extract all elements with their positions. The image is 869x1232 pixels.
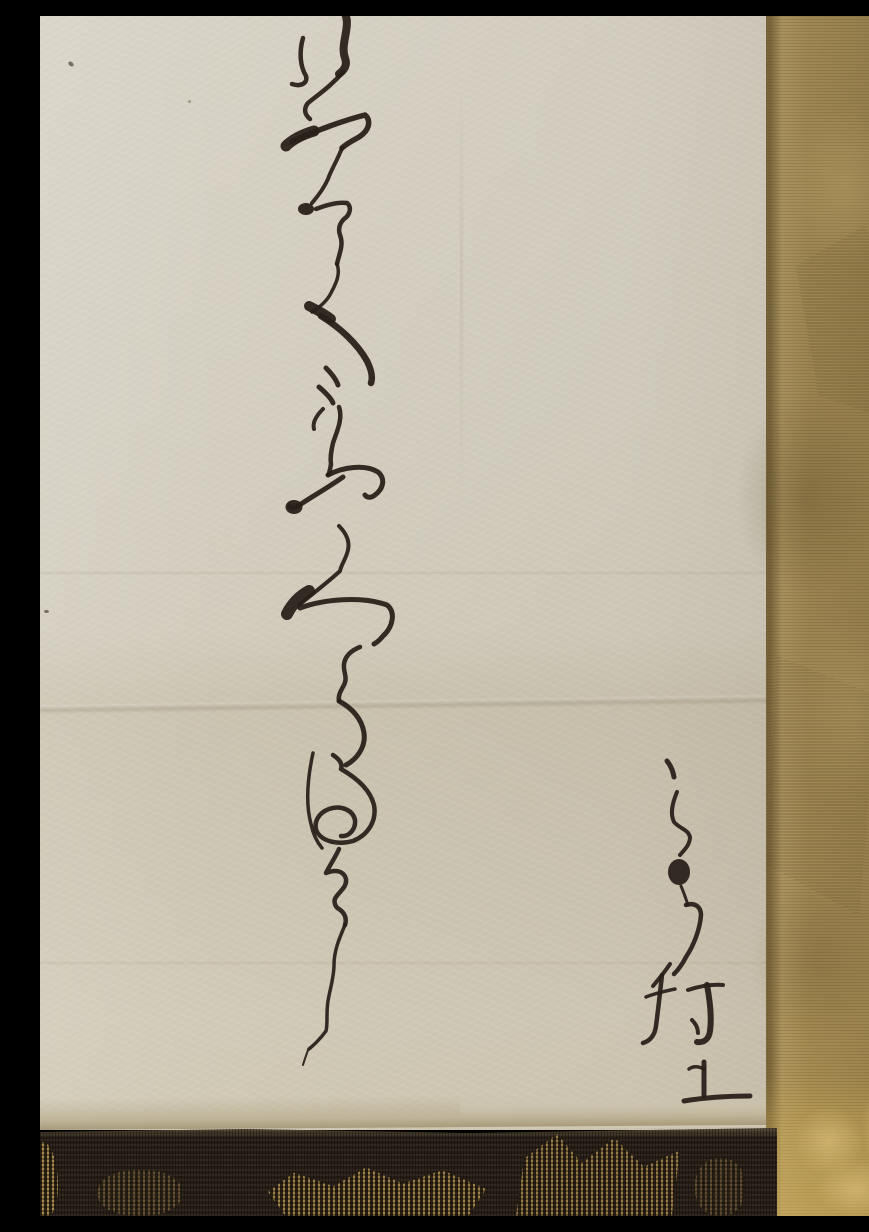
brush-stroke [300,600,392,644]
signature-kami-stroke [684,1096,750,1101]
brush-stroke [292,38,306,85]
brush-stroke [674,904,701,974]
brush-stroke [298,203,314,215]
calligraphy [40,16,869,1216]
brush-stroke [326,849,346,925]
brush-stroke [287,591,309,614]
calligraphy-main-column [286,16,393,1065]
brush-stroke [312,148,342,203]
signature-column [643,761,750,1101]
signature-kami-stroke [689,1067,704,1069]
brush-stroke [314,409,323,429]
brush-stroke [339,647,360,701]
brush-stroke [326,368,338,385]
brush-stroke [328,407,340,475]
brush-stroke [305,72,343,119]
brush-stroke [339,16,347,74]
brush-stroke [668,859,690,885]
signature-mura-stroke [692,1020,698,1033]
brush-stroke [667,761,674,777]
brush-stroke [303,1050,308,1065]
brush-stroke [316,755,375,843]
brush-stroke [681,886,688,905]
brush-stroke [286,500,303,514]
brush-stroke [309,925,345,1049]
brush-stroke [319,387,333,403]
brush-stroke [672,792,690,855]
scroll-photo [40,16,869,1216]
brush-stroke [316,203,350,264]
brush-stroke [339,701,364,765]
